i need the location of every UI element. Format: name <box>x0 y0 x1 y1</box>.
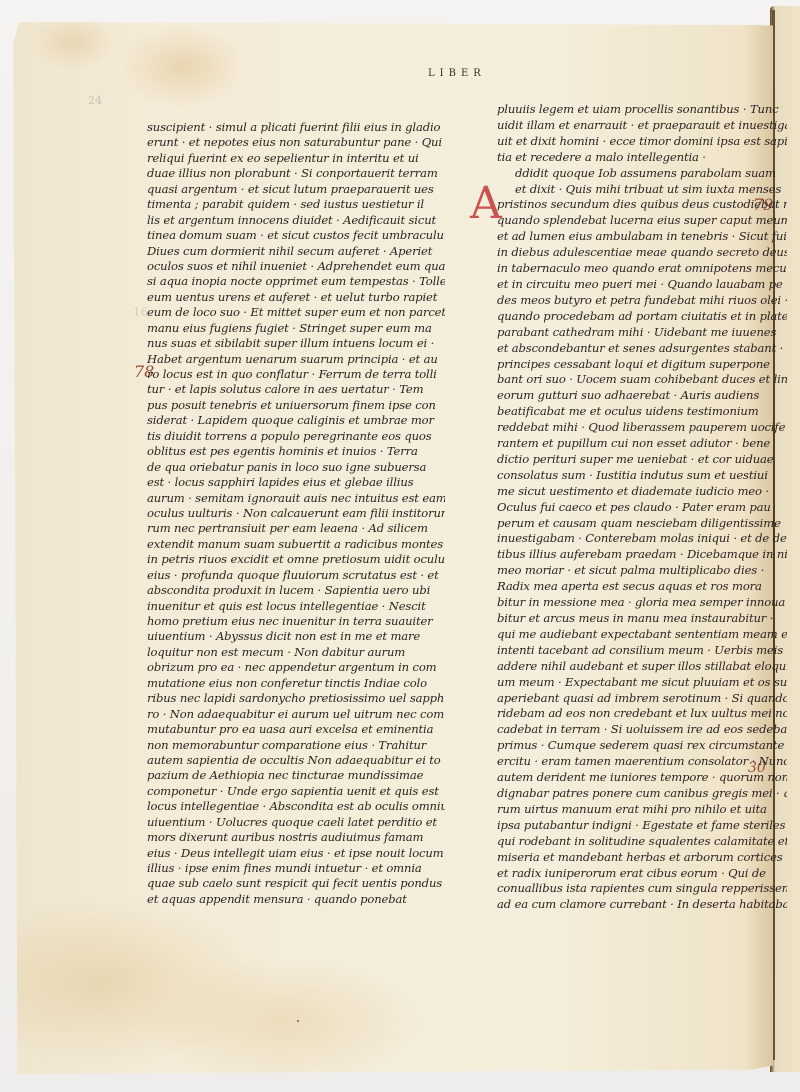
text-line: pristinos secundum dies quibus deus cust… <box>497 197 787 213</box>
text-line: ercitu · eram tamen maerentium consolato… <box>497 754 787 770</box>
text-line: bant ori suo · Uocem suam cohibebant duc… <box>497 372 787 388</box>
text-line: intenti tacebant ad consilium meum · Uer… <box>497 643 787 659</box>
text-line: non memorabuntur comparatione eius · Tra… <box>147 738 445 753</box>
text-line: loquitur non est mecum · Non dabitur aur… <box>147 645 445 660</box>
text-line: oculus uulturis · Non calcauerunt eam fi… <box>147 506 445 521</box>
text-line: est · locus sapphiri lapides eius et gle… <box>147 475 445 490</box>
faded-margin-number: 16 <box>133 305 148 319</box>
text-line: quasi argentum · et sicut lutum praepara… <box>147 182 445 197</box>
text-line: Habet argentum uenarum suarum principia … <box>147 352 445 367</box>
text-line: oblitus est pes egentis hominis et inuio… <box>147 444 445 459</box>
text-line: extendit manum suam subuertit a radicibu… <box>147 537 445 552</box>
text-line: um meum · Expectabant me sicut pluuiam e… <box>497 675 787 691</box>
text-line: in diebus adulescentiae meae quando secr… <box>497 245 787 261</box>
text-line: pus posuit tenebris et uniuersorum finem… <box>147 398 445 413</box>
text-line: autem sapientia de occultis Non adaequab… <box>147 753 445 768</box>
text-line: rantem et pupillum cui non esset adiutor… <box>497 436 787 452</box>
text-line: rum nec pertransiuit per eam leaena · Ad… <box>147 521 445 536</box>
text-line: et radix iuniperorum erat cibus eorum · … <box>497 866 787 882</box>
text-line: autem derident me iuniores tempore · quo… <box>497 770 787 786</box>
text-line: eius · profunda quoque fluuiorum scrutat… <box>147 568 445 583</box>
text-line: qui rodebant in solitudine squalentes ca… <box>497 834 787 850</box>
text-line: quae sub caelo sunt respicit qui fecit u… <box>147 876 445 891</box>
text-line: eius · Deus intellegit uiam eius · et ip… <box>147 846 445 861</box>
text-line: me sicut uestimento et diademate iudicio… <box>497 484 787 500</box>
text-line: pazium de Aethiopia nec tincturae mundis… <box>147 768 445 783</box>
text-line: et in circuitu meo pueri mei · Quando la… <box>497 277 787 293</box>
text-line: pluuiis legem et uiam procellis sonantib… <box>497 102 787 118</box>
text-line: timenta ; parabit quidem · sed iustus ue… <box>147 197 445 212</box>
text-line: in tabernaculo meo quando erat omnipoten… <box>497 261 787 277</box>
text-line: Radix mea aperta est secus aquas et ros … <box>497 579 787 595</box>
text-line: et aquas appendit mensura · quando poneb… <box>147 892 445 907</box>
text-line: perum et causam quam nesciebam diligenti… <box>497 516 787 532</box>
text-line: eorum gutturi suo adhaerebat · Auris aud… <box>497 388 787 404</box>
rubricated-initial: A <box>470 182 502 226</box>
running-title: LIBER <box>428 68 486 79</box>
text-line: in petris riuos excidit et omne pretiosu… <box>147 552 445 567</box>
text-line: beatificabat me et oculus uidens testimo… <box>497 404 787 420</box>
text-line: abscondita produxit in lucem · Sapientia… <box>147 583 445 598</box>
text-line: homo pretium eius nec inuenitur in terra… <box>147 614 445 629</box>
text-line: rum uirtus manuum erat mihi pro nihilo e… <box>497 802 787 818</box>
text-line: addere nihil audebant et super illos sti… <box>497 659 787 675</box>
text-line: bitur et arcus meus in manu mea instaura… <box>497 611 787 627</box>
text-line: mors dixerunt auribus nostris audiuimus … <box>147 830 445 845</box>
text-line: obrizum pro ea · nec appendetur argentum… <box>147 660 445 675</box>
text-line: miseria et mandebant herbas et arborum c… <box>497 850 787 866</box>
text-line: ad ea cum clamore currebant · In deserta… <box>497 897 787 913</box>
text-line: oculos suos et nihil inueniet · Adprehen… <box>147 259 445 274</box>
text-line: lis et argentum innocens diuidet · Aedif… <box>147 213 445 228</box>
text-line: eum de loco suo · Et mittet super eum et… <box>147 305 445 320</box>
text-line: dignabar patres ponere cum canibus gregi… <box>497 786 787 802</box>
text-line: reddebat mihi · Quod liberassem pauperem… <box>497 420 787 436</box>
text-line: uiuentium · Uolucres quoque caeli latet … <box>147 815 445 830</box>
text-line: qui me audiebant expectabant sententiam … <box>497 627 787 643</box>
text-line: uiuentium · Abyssus dicit non est in me … <box>147 629 445 644</box>
text-line: aperiebant quasi ad imbrem serotinum · S… <box>497 691 787 707</box>
text-line: ro · Non adaequabitur ei aurum uel uitru… <box>147 707 445 722</box>
text-line: ro locus est in quo conflatur · Ferrum d… <box>147 367 445 382</box>
text-line: et ad lumen eius ambulabam in tenebris ·… <box>497 229 787 245</box>
text-line: reliqui fuerint ex eo sepelientur in int… <box>147 151 445 166</box>
text-line: uidit illam et enarrauit · et praeparaui… <box>497 118 787 134</box>
text-line: quando procedebam ad portam ciuitatis et… <box>497 309 787 325</box>
text-line: illius · ipse enim fines mundi intuetur … <box>147 861 445 876</box>
text-line: locus intellegentiae · Abscondita est ab… <box>147 799 445 814</box>
text-line: inuenitur et quis est locus intellegenti… <box>147 599 445 614</box>
text-line: si aqua inopia nocte opprimet eum tempes… <box>147 274 445 289</box>
text-line: ddidit quoque Iob assumens parabolam sua… <box>497 166 800 182</box>
text-line: et abscondebantur et senes adsurgentes s… <box>497 341 787 357</box>
folio-pencil-mark: 24 <box>88 94 102 107</box>
text-line: eum uentus urens et auferet · et uelut t… <box>147 290 445 305</box>
text-line: nus suas et sibilabit super illum intuen… <box>147 336 445 351</box>
text-line: quando splendebat lucerna eius super cap… <box>497 213 787 229</box>
text-line: des meos butyro et petra fundebat mihi r… <box>497 293 787 309</box>
text-line: componetur · Unde ergo sapientia uenit e… <box>147 784 445 799</box>
text-line: siderat · Lapidem quoque caliginis et um… <box>147 413 445 428</box>
text-line: aurum · semitam ignorauit auis nec intui… <box>147 491 445 506</box>
text-line: erunt · et nepotes eius non saturabuntur… <box>147 135 445 150</box>
text-line: manu eius fugiens fugiet · Stringet supe… <box>147 321 445 336</box>
text-line: mutabuntur pro ea uasa auri excelsa et e… <box>147 722 445 737</box>
text-line: tinea domum suam · et sicut custos fecit… <box>147 228 445 243</box>
text-line: Oculus fui caeco et pes claudo · Pater e… <box>497 500 787 516</box>
text-line: duae illius non plorabunt · Si conportau… <box>147 166 445 181</box>
text-line: Diues cum dormierit nihil secum auferet … <box>147 244 445 259</box>
text-line: uit et dixit homini · ecce timor domini … <box>497 134 787 150</box>
text-line: cadebat in terram · Si uoluissem ire ad … <box>497 722 787 738</box>
text-line: de qua oriebatur panis in loco suo igne … <box>147 460 445 475</box>
text-line: suscipient · simul a plicati fuerint fil… <box>147 120 445 135</box>
text-line: inuestigabam · Conterebam molas iniqui ·… <box>497 531 787 547</box>
text-line: bitur in messione mea · gloria mea sempe… <box>497 595 787 611</box>
text-line: principes cessabant loqui et digitum sup… <box>497 357 787 373</box>
text-line: primus · Cumque sederem quasi rex circum… <box>497 738 787 754</box>
text-line: tur · et lapis solutus calore in aes uer… <box>147 382 445 397</box>
text-line: dictio perituri super me ueniebat · et c… <box>497 452 787 468</box>
text-line: conuallibus ista rapientes cum singula r… <box>497 881 787 897</box>
text-line: tis diuidit torrens a populo peregrinant… <box>147 429 445 444</box>
text-line: ipsa putabantur indigni · Egestate et fa… <box>497 818 787 834</box>
parchment-speck <box>297 1020 299 1022</box>
text-line: meo moriar · et sicut palma multiplicabo… <box>497 563 787 579</box>
text-column-right: pluuiis legem et uiam procellis sonantib… <box>497 102 787 913</box>
text-line: ridebam ad eos non credebant et lux uult… <box>497 706 787 722</box>
text-line: parabant cathedram mihi · Uidebant me iu… <box>497 325 787 341</box>
text-line: ribus nec lapidi sardonycho pretiosissim… <box>147 691 445 706</box>
text-column-left: suscipient · simul a plicati fuerint fil… <box>147 120 445 907</box>
text-line: consolatus sum · Iustitia indutus sum et… <box>497 468 787 484</box>
text-line: tia et recedere a malo intellegentia · <box>497 150 787 166</box>
text-line: tibus illius auferebam praedam · Dicebam… <box>497 547 787 563</box>
text-line: mutatione eius non conferetur tinctis In… <box>147 676 445 691</box>
text-line: et dixit · Quis mihi tribuat ut sim iuxt… <box>497 182 800 198</box>
